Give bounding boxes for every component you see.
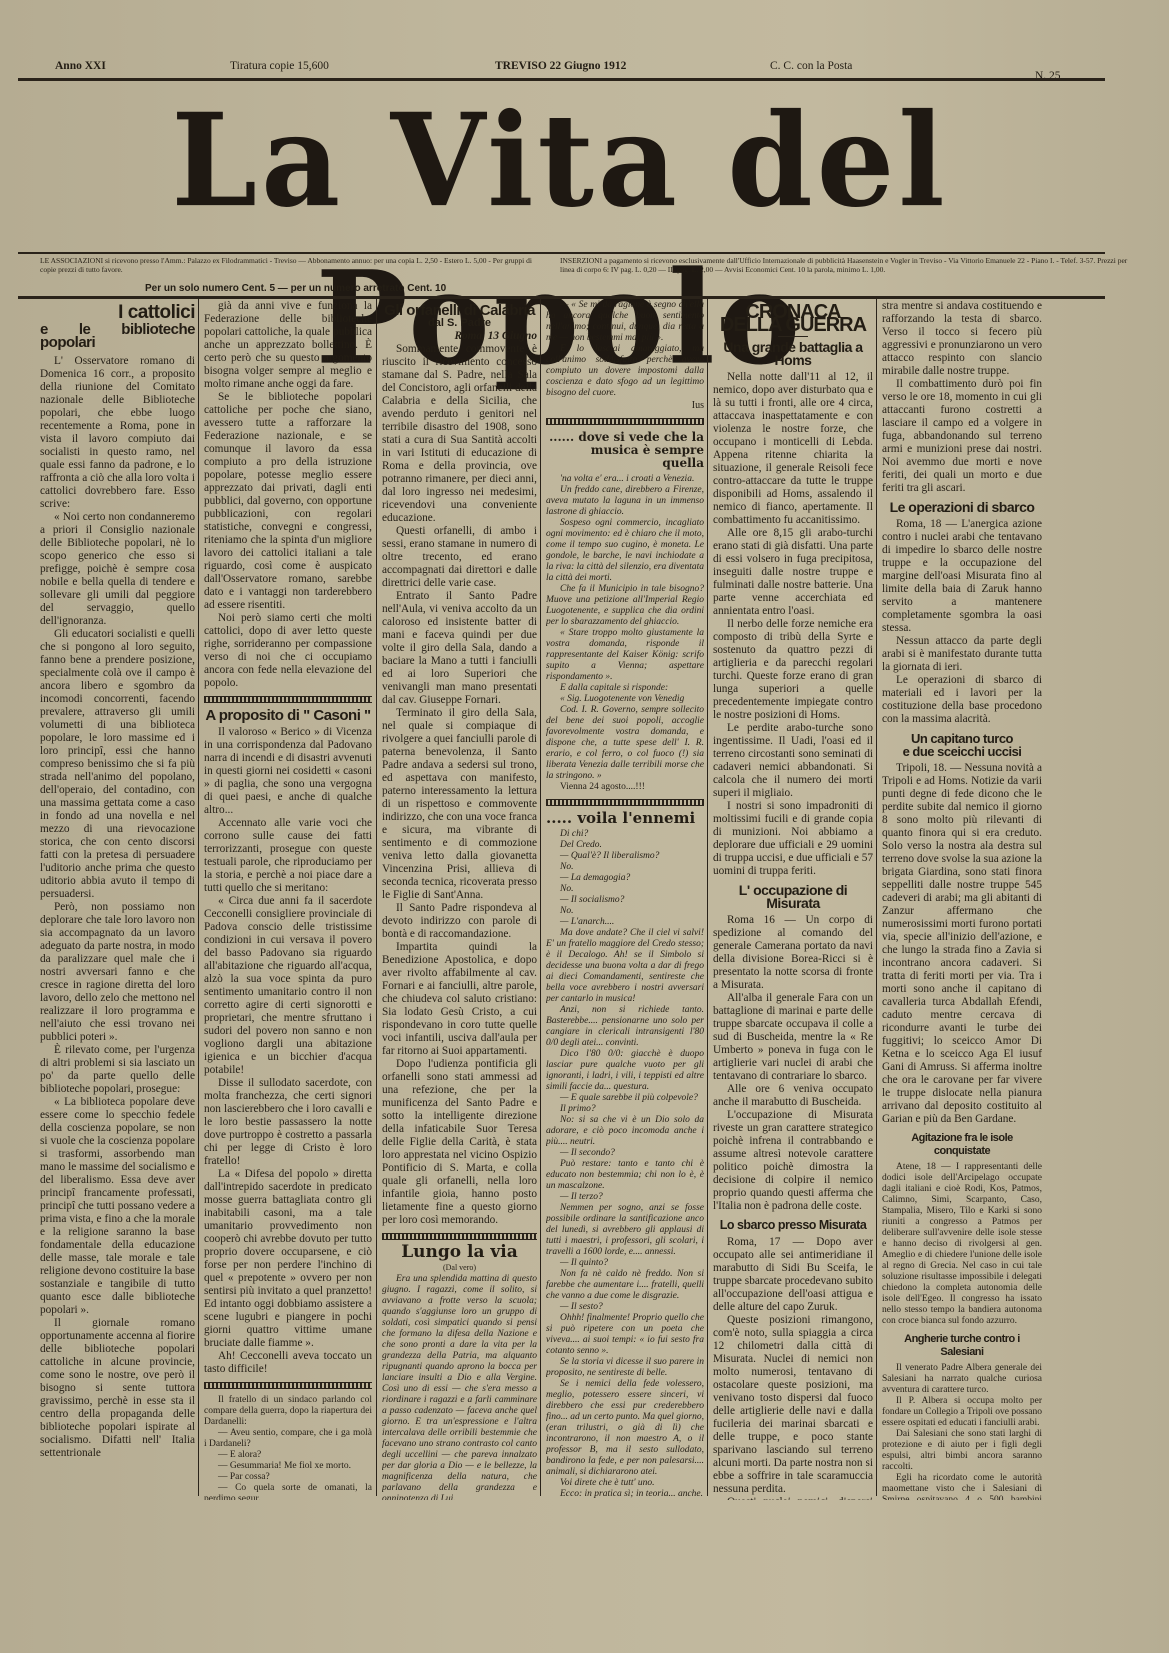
article-paragraph: Dopo l'udienza pontificia gli orfanelli … [382,1058,537,1227]
column-divider [376,296,377,1496]
story-line: Anzi, non si richiede tanto. Basterebbe.… [546,1005,704,1049]
masthead-title: La Vita del Popolo [110,81,1010,239]
headline-misurata: L' occupazione di Misurata [713,884,873,910]
article-paragraph: Il Santo Padre rispondeva al devoto indi… [382,902,537,941]
article-paragraph: Le operazioni di sbarco di materiali ed … [882,674,1042,726]
story-paragraph: Era una splendida mattina di questo giug… [382,1274,537,1500]
article-paragraph: La « Difesa del popolo » diretta dall'in… [204,1168,372,1350]
article-paragraph: I nostri si sono impadroniti di moltissi… [713,800,873,878]
quote-paragraph: — « Se mi dà ragione è segno ch'ella ha … [546,300,704,344]
dialect-line: — Gesummaria! Me fiol xe morto. [204,1461,372,1472]
article-paragraph: All'alba il generale Fara con un battagl… [713,992,873,1083]
article-paragraph: Accennato alle varie voci che corrono su… [204,817,372,895]
year-label: Anno XXI [55,60,106,72]
article-paragraph: È rilevato come, per l'urgenza di altri … [40,1044,195,1096]
article-paragraph: Tripoli, 18. — Nessuna novità a Tripoli … [882,762,1042,1126]
article-paragraph: Il P. Albera si occupa molto per fondare… [882,1396,1042,1429]
dialect-line: — E alora? [204,1450,372,1461]
column-divider [876,296,877,1496]
story-line: — L'anarch.... [546,917,704,928]
headline-homs: Una grande battaglia a Homs [713,341,873,367]
insertions-note: INSERZIONI a pagamento si ricevono esclu… [560,256,1130,274]
story-line: Voi direte che è tutt' uno. [546,1478,704,1489]
story-line: Se i nemici della fede volessero, meglio… [546,1379,704,1478]
article-paragraph: Ah! Cecconelli aveva toccato un tasto di… [204,1350,372,1376]
section-title-cronaca: CRONACA DELLA GUERRA [713,306,873,332]
story-line: No. [546,862,704,873]
article-paragraph: Terminato il giro della Sala, nel quale … [382,707,537,902]
price-line: Per un solo numero Cent. 5 — per un nume… [145,283,446,294]
story-paragraph: 'na volta e' era... i croati a Venezia. [546,474,704,485]
article-paragraph: « La biblioteca popolare deve essere com… [40,1096,195,1317]
short-rule [778,336,808,337]
masthead-rule [18,252,1105,254]
story-line: — Il quinto? [546,1258,704,1269]
headline-lungo-la-via: Lungo la via [382,1246,537,1259]
column-divider [540,296,541,1496]
column-6: stra mentre si andava costituendo e raff… [882,300,1042,1500]
story-paragraph: E dalla capitale si risponde: [546,683,704,694]
article-paragraph: Però, non possiamo non deplorare che tal… [40,901,195,1044]
article-paragraph: Questi nuclei nemici, dispersi nella mat… [713,1496,873,1500]
column-4: — « Se mi dà ragione è segno ch'ella ha … [546,300,704,1500]
article-paragraph: Alle ore 6 veniva occupato anche il mara… [713,1083,873,1109]
article-paragraph: Queste posizioni rimangono, com'è noto, … [713,1314,873,1496]
headline-sbarco-misurata: Lo sbarco presso Misurata [713,1219,873,1232]
article-paragraph: Le perdite arabo-turche sono ingentissim… [713,722,873,800]
headline-salesiani: Angherie turche contro i Salesiani [882,1333,1042,1359]
article-paragraph: Egli ha ricordato come le autorità maome… [882,1473,1042,1500]
article-paragraph: Roma 16 — Un corpo di spedizione al coma… [713,914,873,992]
article-paragraph: Sommamente commovente è riuscito il rice… [382,343,537,525]
story-paragraph: Vienna 24 agosto....!!! [546,782,704,793]
column-3: Gli orfanelli di Calabria dal S. Padre R… [382,300,537,1500]
article-paragraph: L'occupazione di Misurata riveste un gra… [713,1109,873,1213]
story-paragraph: Cod. I. R. Governo, sempre sollecito del… [546,705,704,782]
story-line: Ecco: in pratica sì; in teoria... anche. [546,1489,704,1500]
column-5: CRONACA DELLA GUERRA Una grande battagli… [713,300,873,1500]
postal-label: C. C. con la Posta [770,60,852,72]
voila-body: Di chi? Del Credo. — Qual'è? Il liberali… [546,829,704,1500]
columns-top-rule [18,296,1105,299]
article-paragraph: Nessun attacco da parte degli arabi si è… [882,635,1042,674]
article-paragraph: Questi orfanelli, di ambo i sessi, erano… [382,525,537,590]
article-paragraph: Gli educatori socialisti e quelli che si… [40,628,195,901]
story-line: Non fa nè caldo nè freddo. Non si farebb… [546,1269,704,1302]
story-line: — La demagogia? [546,873,704,884]
article-paragraph: Se le biblioteche popolari cattoliche pe… [204,391,372,612]
column-divider [198,296,199,1496]
signature: Ius [546,399,704,412]
article-paragraph: « Noi certo non condanneremo a priori il… [40,511,195,628]
article-paragraph: Noi però siamo certi che molti cattolici… [204,612,372,690]
article-paragraph: Roma, 17 — Dopo aver occupato alle sei a… [713,1236,873,1314]
article-paragraph: Il giornale romano opportunamente accenn… [40,1317,195,1460]
headline-voila: ..... voila l'ennemi [546,812,704,825]
article-paragraph: Nella notte dall'11 al 12, il nemico, do… [713,371,873,527]
article-paragraph: Impartita quindi la Benedizione Apostoli… [382,941,537,1058]
story-line: — Il sesto? [546,1302,704,1313]
article-paragraph: Entrato il Santo Padre nell'Aula, vi ven… [382,590,537,707]
column-2: già da anni vive e funziona la Federazio… [204,300,372,1500]
article-paragraph: Il nerbo delle forze nemiche era compost… [713,618,873,722]
article-paragraph: Il valoroso « Berico » di Vicenza in una… [204,726,372,817]
story-line: Ohhh! finalmente! Proprio quello che si … [546,1313,704,1357]
headline-sceicchi: e due sceicchi uccisi [882,745,1042,758]
dateline: Roma, 13 Giugno [382,330,537,343]
article-paragraph: « Circa due anni fa il sacerdote Ceccone… [204,895,372,1077]
headline-cattolici: I cattolici [40,306,195,319]
headline-biblioteche: e le biblioteche popolari [40,323,195,349]
story-line: Di chi? [546,829,704,840]
story-line: Ma dove andate? Che il ciel vi salvi! E'… [546,928,704,1005]
story-paragraph: « Stare troppo molto giustamente la vost… [546,628,704,683]
story-line: — Il secondo? [546,1148,704,1159]
story-line: — Il terzo? [546,1192,704,1203]
story-paragraph: « Sig. Luogotenente von Venedig [546,694,704,705]
story-line: No. [546,906,704,917]
headline-isole: Agitazione fra le isole conquistate [882,1132,1042,1158]
article-paragraph: Atene, 18 — I rappresentanti delle dodic… [882,1162,1042,1327]
ornamental-divider [546,418,704,425]
quote-paragraph: E lo lasciai amareggiato, ma coll'animo … [546,344,704,399]
headline-operazioni: Le operazioni di sbarco [882,501,1042,514]
article-paragraph: stra mentre si andava costituendo e raff… [882,300,1042,378]
story-line: Nemmen per sogno, anzi se fosse possibil… [546,1203,704,1258]
article-paragraph: Alle ore 8,15 gli arabo-turchi erano sta… [713,527,873,618]
ornamental-divider [382,1233,537,1240]
story-paragraph: Sospeso ogni commercio, incagliato ogni … [546,518,704,584]
column-divider [707,296,708,1496]
story-line: Può restare: tanto e tanto chi è educato… [546,1159,704,1192]
story-line: Il primo? [546,1104,704,1115]
story-line: Se la storia vi dicesse il suo parere in… [546,1357,704,1379]
place-date-label: TREVISO 22 Giugno 1912 [495,60,626,72]
story-line: — Il socialismo? [546,895,704,906]
story-line: — Qual'è? Il liberalismo? [546,851,704,862]
story-line: No. [546,884,704,895]
dialect-line: — Par cossa? [204,1472,372,1483]
circulation-label: Tiratura copie 15,600 [230,60,329,72]
header-info-line: Anno XXI Tiratura copie 15,600 TREVISO 2… [25,58,1109,78]
article-paragraph: Il venerato Padre Albera generale dei Sa… [882,1363,1042,1396]
story-line: No: si sa che vi è un Dio solo da adorar… [546,1115,704,1148]
headline-casoni: A proposito di " Casoni " [204,709,372,722]
headline-orfanelli: Gli orfanelli di Calabria [382,304,537,317]
dialect-line: — Co quela sorte de omanati, la perdimo … [204,1483,372,1500]
article-paragraph: L' Osservatore romano di Domenica 16 cor… [40,355,195,511]
story-line: Dico l'80 0/0: giacchè è duopo lasciar p… [546,1049,704,1093]
story-line: Del Credo. [546,840,704,851]
headline-musica: ...... dove si vede che la musica è semp… [546,431,704,470]
story-line: — E quale sarebbe il più colpevole? [546,1093,704,1104]
associations-note: LE ASSOCIAZIONI si ricevono presso l'Amm… [40,256,540,274]
story-paragraph: Che fa il Municipio in tale bisogno? Muo… [546,584,704,628]
article-paragraph: Disse il sullodato sacerdote, con molta … [204,1077,372,1168]
article-paragraph: già da anni vive e funziona la Federazio… [204,300,372,391]
article-paragraph: Roma, 18 — L'anergica azione contro i nu… [882,518,1042,635]
dialect-line: — Aveu sentio, compare, che i ga molà i … [204,1428,372,1450]
column-1: I cattolici e le biblioteche popolari L'… [40,300,195,1500]
story-paragraph: Un freddo cane, direbbero a Firenze, ave… [546,485,704,518]
dialect-paragraph: Il fratello di un sindaco parlando col c… [204,1395,372,1428]
article-paragraph: Il combattimento durò poi fin verso le o… [882,378,1042,495]
article-paragraph: Dai Salesiani che sono stati larghi di p… [882,1429,1042,1473]
ornamental-divider [204,1382,372,1389]
subheadline-dal-vero: (Dal vero) [382,1261,537,1274]
ornamental-divider [546,799,704,806]
ornamental-divider [204,696,372,703]
